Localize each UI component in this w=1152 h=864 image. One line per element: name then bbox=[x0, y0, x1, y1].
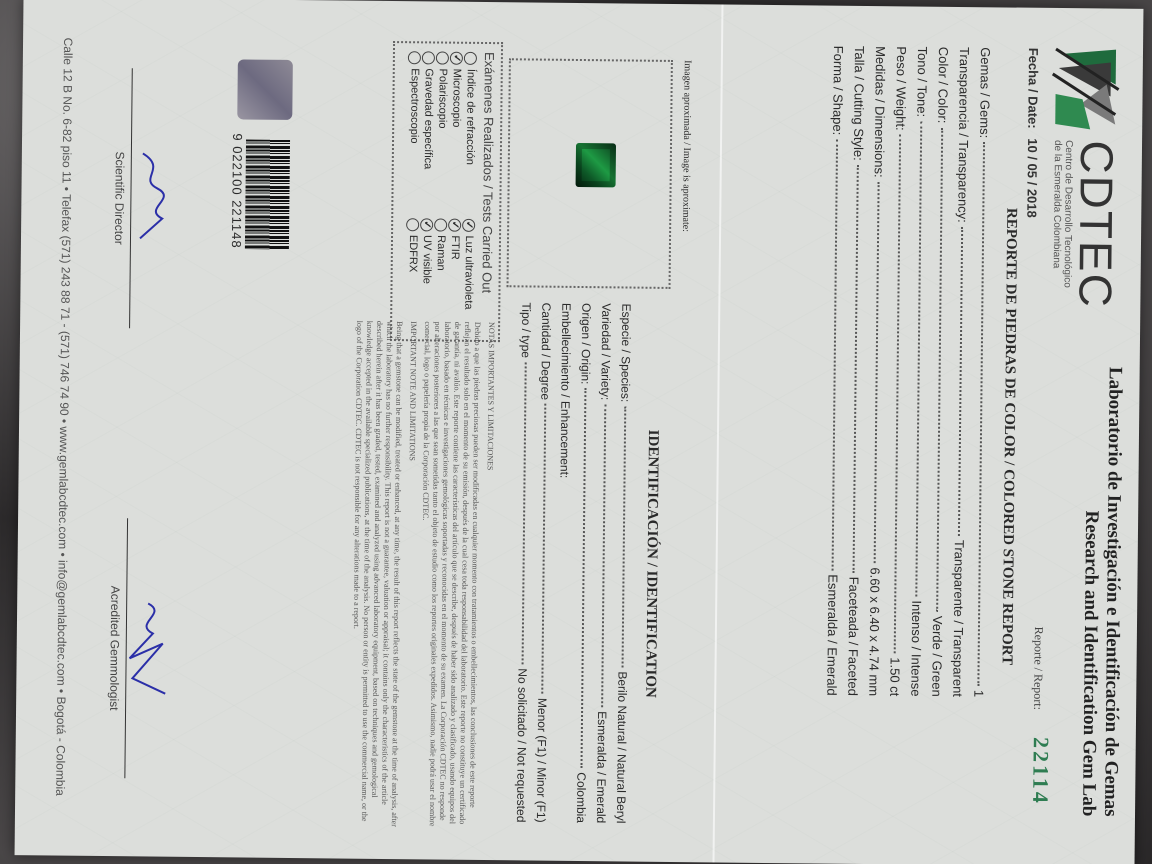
property-value: Intenso / Intense bbox=[908, 600, 924, 696]
identification-label: Especie / Species: bbox=[618, 303, 633, 402]
barcode-number: 9 022100 221148 bbox=[229, 133, 245, 248]
dotted-leader bbox=[541, 404, 546, 694]
dotted-leader bbox=[936, 127, 943, 611]
property-label: Peso / Weight: bbox=[893, 46, 909, 130]
brand-block: CDTEC Centro de Desarrollo Tecnológico d… bbox=[1050, 140, 1120, 309]
dotted-leader bbox=[622, 406, 627, 667]
identification-section: IDENTIFICACIÓN / IDENTIFICATION Especie … bbox=[508, 302, 662, 824]
property-label: Tono / Tone: bbox=[914, 46, 930, 117]
scientific-director-label: Scientific Director bbox=[112, 151, 127, 245]
notes-es-title: NOTAS IMPORTANTES Y LIMITACIONES bbox=[481, 322, 496, 832]
signature-scientific-director: Scientific Director bbox=[111, 68, 133, 328]
stone-properties: Gemas / Gems:1Transparencia / Transparen… bbox=[818, 46, 993, 698]
identification-value: No solicitado / Not requested bbox=[514, 668, 530, 822]
test-label: Índice de refracción bbox=[464, 69, 477, 165]
test-label: EDFRX bbox=[407, 235, 419, 272]
image-caption: Imagen aproximada / Image is aproximate: bbox=[680, 60, 693, 232]
dotted-leader bbox=[915, 121, 922, 596]
tests-grid: Índice de refracción✓Luz ultravioleta✓Mi… bbox=[405, 51, 478, 332]
test-label: Espectroscopio bbox=[408, 68, 421, 143]
empty-circle-icon bbox=[436, 51, 449, 64]
test-item: ✓FTIR bbox=[447, 218, 462, 331]
notes-es-text: Debido a que las piedras preciosas puede… bbox=[417, 321, 482, 832]
empty-circle-icon bbox=[422, 51, 435, 64]
date-label: Fecha / Date: bbox=[1025, 48, 1041, 129]
property-value: 6.60 x 6.40 x 4.74 mm bbox=[866, 567, 882, 696]
test-item: ✓Luz ultravioleta bbox=[461, 218, 476, 331]
notes-en-title: IMPORTANT NOTE AND LIMITATIONS bbox=[403, 321, 418, 831]
gemmologist-label: Acredited Gemmologist bbox=[107, 586, 122, 711]
property-value: Esmeralda / Emerald bbox=[824, 574, 840, 696]
identification-title: IDENTIFICACIÓN / IDENTIFICATION bbox=[640, 304, 662, 824]
dotted-leader bbox=[874, 182, 880, 564]
property-label: Talla / Cutting Style: bbox=[851, 46, 867, 161]
dotted-leader bbox=[580, 388, 586, 768]
checkmark-icon: ✓ bbox=[450, 52, 463, 65]
brand-name: CDTEC bbox=[1072, 140, 1120, 309]
identification-value: Colombia bbox=[574, 772, 589, 823]
test-item: Espectroscopio bbox=[406, 51, 422, 210]
report-title: REPORTE DE PIEDRAS DE COLOR / COLORED ST… bbox=[995, 7, 1021, 864]
brand-subtitle-1: Centro de Desarrollo Tecnológico bbox=[1061, 140, 1074, 309]
notes-section: NOTAS IMPORTANTES Y LIMITACIONES Debido … bbox=[349, 321, 500, 833]
dotted-leader bbox=[522, 362, 527, 664]
test-label: Polariscopio bbox=[436, 68, 449, 128]
barcode bbox=[245, 139, 290, 249]
signature-ink bbox=[127, 598, 168, 698]
dotted-leader bbox=[977, 142, 985, 686]
tests-carried-out: Exámenes Realizados / Tests Carried Out … bbox=[390, 41, 503, 342]
identification-rows: Especie / Species:Berilo Natural / Natur… bbox=[508, 302, 633, 823]
test-item: Índice de refracción bbox=[462, 52, 478, 211]
signature-gemmologist: Acredited Gemmologist bbox=[106, 518, 128, 778]
lab-title: Laboratorio de Investigación e Identific… bbox=[1077, 367, 1126, 817]
signature-ink bbox=[132, 148, 173, 248]
report-number-block: Reporte / Report: 22114 bbox=[1027, 627, 1055, 806]
property-label: Forma / Shape: bbox=[830, 46, 846, 136]
identification-label: Cantidad / Degree bbox=[538, 303, 553, 401]
checkmark-icon: ✓ bbox=[463, 218, 476, 231]
test-item: Gravedad específica bbox=[420, 51, 436, 210]
identification-label: Variedad / Variety: bbox=[598, 303, 613, 400]
identification-value: Esmeralda / Emerald bbox=[594, 711, 609, 823]
dotted-leader bbox=[958, 227, 963, 536]
identification-label: Origen / Origin: bbox=[578, 303, 593, 385]
test-item: ✓Microscopio bbox=[448, 52, 464, 211]
notes-en-text: Being that a gemstone can be modified, t… bbox=[349, 321, 404, 831]
test-item: ✓UV visible bbox=[419, 218, 434, 331]
dotted-leader bbox=[832, 139, 839, 570]
lab-title-es: Laboratorio de Investigación e Identific… bbox=[1099, 367, 1126, 817]
identification-label: Tipo / type bbox=[519, 302, 534, 358]
property-value: Faceteada / Faceted bbox=[845, 577, 861, 696]
identification-value: Menor (F1) / Minor (F1) bbox=[534, 698, 549, 823]
report-date: Fecha / Date: 10 / 05 / 2018 bbox=[1024, 48, 1041, 218]
checkmark-icon: ✓ bbox=[421, 218, 434, 231]
test-label: Raman bbox=[435, 235, 447, 271]
property-value: Verde / Green bbox=[929, 616, 945, 697]
empty-circle-icon bbox=[435, 218, 448, 231]
property-value: 1.50 ct bbox=[887, 657, 902, 696]
test-label: Gravedad específica bbox=[422, 68, 435, 169]
test-label: Luz ultravioleta bbox=[462, 235, 475, 309]
lab-title-en: Research and Identification Gem Lab bbox=[1077, 367, 1104, 817]
emerald-gem-image bbox=[576, 143, 616, 187]
report-number: 22114 bbox=[1028, 737, 1054, 806]
checkmark-icon: ✓ bbox=[449, 218, 462, 231]
property-value: 1 bbox=[971, 690, 986, 697]
test-item: EDFRX bbox=[405, 218, 420, 331]
empty-circle-icon bbox=[464, 52, 477, 65]
report-label: Reporte / Report: bbox=[1031, 627, 1046, 710]
property-label: Medidas / Dimensions: bbox=[872, 46, 888, 178]
hologram-seal bbox=[237, 59, 293, 120]
empty-circle-icon bbox=[408, 51, 421, 64]
identification-value: Berilo Natural / Natural Beryl bbox=[614, 671, 630, 823]
identification-label: Embellecimiento / Enhancement: bbox=[558, 303, 574, 479]
gem-image-frame bbox=[507, 58, 673, 289]
gem-report-document: CDTEC Centro de Desarrollo Tecnológico d… bbox=[15, 0, 1144, 864]
test-label: UV visible bbox=[421, 235, 434, 284]
footer-contact: Calle 12 B No. 6-82 piso 11 • Telefax (5… bbox=[53, 38, 75, 836]
test-item: Polariscopio bbox=[434, 51, 450, 210]
property-label: Transparencia / Transparency: bbox=[955, 47, 972, 223]
tests-title: Exámenes Realizados / Tests Carried Out bbox=[479, 52, 497, 332]
property-label: Gemas / Gems: bbox=[977, 47, 993, 138]
test-label: Microscopio bbox=[450, 69, 463, 128]
empty-circle-icon bbox=[407, 218, 420, 231]
test-label: FTIR bbox=[449, 235, 461, 260]
dotted-leader bbox=[601, 404, 606, 707]
property-label: Color / Color: bbox=[935, 47, 951, 124]
dotted-leader bbox=[894, 135, 901, 654]
test-item: Raman bbox=[433, 218, 448, 331]
property-value: Transparente / Transparent bbox=[950, 540, 967, 697]
cdtec-logo-icon bbox=[1050, 44, 1121, 135]
dotted-leader bbox=[853, 165, 859, 573]
date-value: 10 / 05 / 2018 bbox=[1024, 138, 1040, 218]
paper-fold bbox=[713, 4, 724, 862]
